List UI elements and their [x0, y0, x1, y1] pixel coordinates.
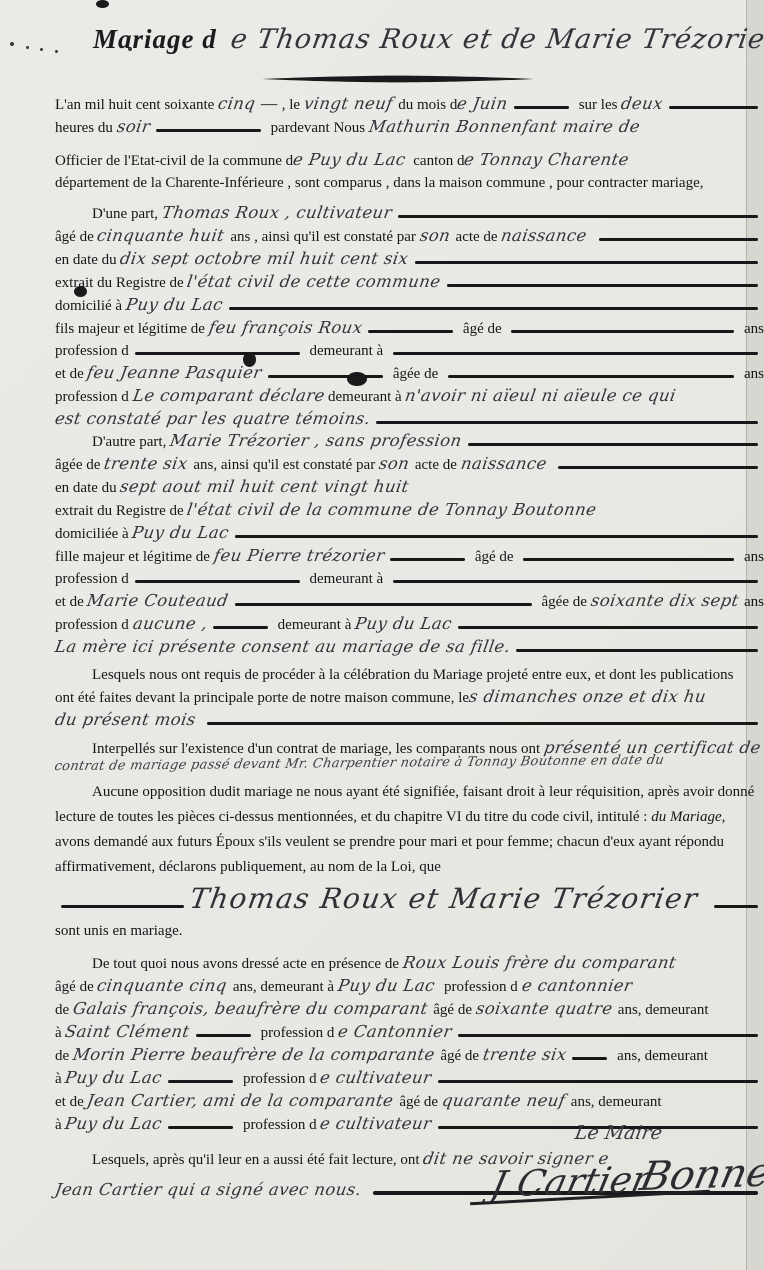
doc-line-17: en date du sept aout mil huit cent vingt… — [0, 477, 764, 498]
handwritten-text: La mère ici présente consent au mariage … — [53, 637, 511, 657]
doc-line-13: profession d Le comparant déclare demeur… — [0, 386, 764, 407]
printed-text: D'une part, — [92, 204, 162, 224]
handwritten-text: son — [377, 454, 416, 474]
filler-rule — [523, 558, 734, 561]
doc-line-22: et de Marie Couteaud âgée de soixante di… — [0, 591, 764, 612]
doc-line-30: Aucune opposition dudit mariage ne nous … — [0, 782, 764, 802]
doc-line-33: affirmativement, déclarons publiquement,… — [0, 857, 764, 877]
printed-text: Officier de l'Etat-civil de la commune d — [55, 151, 293, 171]
handwritten-text: cinq ― — [217, 94, 280, 114]
title-printed-label: Mariage d — [93, 24, 217, 55]
printed-text: profession d — [55, 615, 133, 635]
printed-text: demeurant à — [324, 387, 405, 407]
doc-line-26: ont été faites devant la principale port… — [0, 687, 764, 708]
printed-text: âgée de — [389, 364, 442, 384]
printed-text: et de — [55, 592, 87, 612]
printed-text: âgé de — [399, 1092, 441, 1112]
printed-text: du mois d — [398, 95, 457, 115]
handwritten-text: Puy du Lac — [64, 1068, 164, 1088]
filler-rule — [572, 1057, 607, 1060]
ink-speck — [26, 46, 29, 49]
filler-rule — [196, 1034, 251, 1037]
filler-rule — [268, 375, 383, 378]
filler-rule — [458, 626, 758, 629]
printed-text: âgé de — [55, 977, 97, 997]
filler-rule — [376, 421, 758, 424]
printed-text: D'autre part, — [92, 432, 170, 452]
handwritten-text: Morin Pierre beaufrère de la comparante — [71, 1045, 442, 1065]
handwritten-text: cinquante huit — [96, 226, 232, 246]
doc-line-39: à Saint Clément profession d e Cantonnie… — [0, 1022, 764, 1043]
printed-text: Aucune opposition dudit mariage ne nous … — [92, 782, 754, 802]
handwritten-text: Thomas Roux , cultivateur — [160, 203, 393, 223]
doc-line-35: sont unis en mariage. — [0, 921, 764, 941]
handwritten-text: e Puy du Lac — [292, 150, 408, 170]
handwritten-text: Galais françois, beaufrère du comparant — [71, 999, 434, 1019]
printed-text: demeurant à — [306, 569, 387, 589]
tapered-divider-rule — [262, 74, 534, 84]
printed-text: âgé de — [440, 1046, 482, 1066]
filler-rule — [447, 284, 758, 287]
handwritten-text: s dimanches onze et dix hu — [467, 687, 707, 707]
printed-text: profession d — [257, 1023, 338, 1043]
filler-rule — [511, 330, 734, 333]
handwritten-text: Le comparant déclare — [131, 386, 326, 406]
printed-text: département de la Charente-Inférieure , … — [55, 173, 704, 193]
printed-text: domicilié à — [55, 296, 126, 316]
filler-rule — [368, 330, 453, 333]
doc-line-41: à Puy du Lac profession d e cultivateur — [0, 1068, 764, 1089]
doc-line-1: L'an mil huit cent soixante cinq ― , le … — [0, 94, 764, 115]
printed-text: acte de — [415, 455, 461, 475]
handwritten-small-text: contrat de mariage passé devant Mr. Char… — [53, 754, 666, 774]
doc-line-34: Thomas Roux et Marie Trézorier — [0, 883, 764, 915]
doc-line-7: en date du dix sept octobre mil huit cen… — [0, 249, 764, 270]
handwritten-text: Puy du Lac — [64, 1114, 164, 1134]
printed-text: profession d — [239, 1115, 320, 1135]
filler-rule — [61, 905, 184, 908]
handwritten-text: trente six — [481, 1045, 568, 1065]
le-maire-label: Le Maire — [573, 1122, 664, 1144]
ink-speck — [55, 50, 58, 53]
printed-text: Lesquels, après qu'il leur en a aussi ét… — [92, 1150, 423, 1170]
handwritten-text: l'état civil de la commune de Tonnay Bou… — [186, 500, 599, 520]
handwritten-text: l'état civil de cette commune — [186, 272, 443, 292]
handwritten-text: e cantonnier — [520, 976, 633, 996]
printed-text: ans, ainsi qu'il est constaté par — [193, 455, 379, 475]
doc-line-6: âgé de cinquante huit ans , ainsi qu'il … — [0, 226, 764, 247]
printed-text: âgé de — [459, 319, 505, 339]
printed-text: de — [55, 1046, 73, 1066]
filler-rule — [558, 466, 758, 469]
doc-line-14: est constaté par les quatre témoins. — [0, 409, 764, 429]
document-lines: L'an mil huit cent soixante cinq ― , le … — [0, 92, 764, 1200]
filler-rule — [448, 375, 734, 378]
handwritten-text: naissance — [459, 454, 554, 474]
printed-text: , le — [278, 95, 304, 115]
doc-line-23: profession d aucune , demeurant à Puy du… — [0, 614, 764, 635]
printed-text: et de — [55, 364, 87, 384]
doc-line-5: D'une part, Thomas Roux , cultivateur — [0, 203, 764, 224]
doc-line-25: Lesquels nous ont requis de procéder à l… — [0, 665, 764, 685]
printed-text: demeurant à — [274, 615, 355, 635]
doc-line-42: et de Jean Cartier, ami de la comparante… — [0, 1091, 764, 1112]
printed-text: ans , ainsi qu'il est constaté par — [230, 227, 419, 247]
handwritten-text: deux — [620, 94, 665, 114]
document-header: Mariage d e Thomas Roux et de Marie Tréz… — [93, 24, 764, 55]
doc-line-32: avons demandé aux futurs Époux s'ils veu… — [0, 832, 764, 852]
handwritten-text: Puy du Lac — [124, 295, 224, 315]
handwritten-text: est constaté par les quatre témoins. — [53, 409, 371, 429]
filler-rule — [393, 580, 758, 583]
handwritten-text: Saint Clément — [64, 1022, 192, 1042]
filler-rule — [156, 129, 261, 132]
printed-text: affirmativement, déclarons publiquement,… — [55, 857, 441, 877]
handwritten-text: vingt neuf — [302, 94, 400, 114]
printed-text: profession d — [440, 977, 521, 997]
printed-text: L'an mil huit cent soixante — [55, 95, 218, 115]
printed-text: fils majeur et légitime de — [55, 319, 209, 339]
handwritten-text: son — [418, 226, 457, 246]
handwritten-text: cinquante cinq — [96, 976, 235, 996]
doc-line-37: âgé de cinquante cinq ans, demeurant à P… — [0, 976, 764, 997]
doc-line-16: âgée de trente six ans, ainsi qu'il est … — [0, 454, 764, 475]
title-handwritten-names: e Thomas Roux et de Marie Trézorier — [228, 24, 764, 55]
filler-rule — [669, 106, 758, 109]
printed-text: Lesquels nous ont requis de procéder à l… — [92, 665, 733, 685]
handwritten-text: Jean Cartier, ami de la comparante — [86, 1091, 401, 1111]
handwritten-text: quarante neuf — [440, 1091, 572, 1111]
printed-text: canton d — [406, 151, 465, 171]
printed-text: en date du — [55, 478, 120, 498]
printed-text: âgé de — [433, 1000, 475, 1020]
handwritten-text: Marie Trézorier , sans profession — [169, 431, 464, 451]
doc-line-12: et de feu Jeanne Pasquier âgée de ans — [0, 363, 764, 384]
doc-line-20: fille majeur et légitime de feu Pierre t… — [0, 546, 764, 567]
printed-text: pardevant Nous — [267, 118, 369, 138]
filler-rule — [398, 215, 758, 218]
handwritten-text: feu Pierre trézorier — [212, 546, 386, 566]
filler-rule — [415, 261, 758, 264]
handwritten-text: trente six — [103, 454, 195, 474]
printed-text: De tout quoi nous avons dressé acte en p… — [92, 954, 403, 974]
filler-rule — [168, 1080, 233, 1083]
printed-text: de — [55, 1000, 73, 1020]
handwritten-text: Puy du Lac — [354, 614, 454, 634]
handwritten-text: soixante dix sept — [589, 591, 746, 611]
printed-text: domiciliée à — [55, 524, 132, 544]
filler-rule — [516, 649, 758, 652]
handwritten-text: e Tonnay Charente — [463, 150, 631, 170]
handwritten-text: Puy du Lac — [336, 976, 442, 996]
handwritten-text: soir — [115, 117, 151, 137]
doc-line-24: La mère ici présente consent au mariage … — [0, 637, 764, 657]
filler-rule — [458, 1034, 758, 1037]
printed-text: et de — [55, 1092, 87, 1112]
handwritten-text: soixante quatre — [474, 999, 619, 1019]
filler-rule — [235, 603, 532, 606]
scanned-marriage-record: Mariage d e Thomas Roux et de Marie Tréz… — [0, 0, 764, 1270]
handwritten-text: sept aout mil huit cent vingt huit — [119, 477, 411, 497]
doc-line-10: fils majeur et légitime de feu françois … — [0, 318, 764, 339]
doc-line-27: du présent mois — [0, 710, 764, 730]
printed-italic-text: du Mariage, — [651, 807, 725, 827]
handwritten-text: feu françois Roux — [207, 318, 364, 338]
filler-rule — [390, 558, 465, 561]
printed-text: lecture de toutes les pièces ci-dessus m… — [55, 807, 651, 827]
printed-text: âgé de — [471, 547, 517, 567]
printed-text: demeurant à — [306, 341, 387, 361]
printed-text: ans — [740, 547, 764, 567]
handwritten-large-text: Thomas Roux et Marie Trézorier — [187, 883, 711, 915]
filler-rule — [235, 535, 758, 538]
printed-text: âgé de — [55, 227, 97, 247]
printed-text: ans, demeurant — [618, 1000, 709, 1020]
doc-line-38: de Galais françois, beaufrère du compara… — [0, 999, 764, 1020]
ink-speck — [40, 48, 43, 51]
filler-rule — [207, 722, 758, 725]
printed-text: ont été faites devant la principale port… — [55, 688, 469, 708]
printed-text: profession d — [55, 341, 129, 361]
doc-line-3: Officier de l'Etat-civil de la commune d… — [0, 150, 764, 171]
printed-text: sur les — [575, 95, 621, 115]
doc-line-4: département de la Charente-Inférieure , … — [0, 173, 764, 193]
doc-line-40: de Morin Pierre beaufrère de la comparan… — [0, 1045, 764, 1066]
handwritten-text: e cultivateur — [319, 1068, 434, 1088]
handwritten-text: n'avoir ni aïeul ni aïeule ce qui — [404, 386, 678, 406]
doc-line-19: domiciliée à Puy du Lac — [0, 523, 764, 544]
handwritten-text: dix sept octobre mil huit cent six — [119, 249, 410, 269]
ink-blot — [96, 0, 109, 8]
printed-text: ans — [744, 592, 764, 612]
handwritten-text: Jean Cartier qui a signé avec nous. — [53, 1180, 368, 1200]
printed-text: ans, demeurant — [613, 1046, 708, 1066]
doc-line-18: extrait du Registre de l'état civil de l… — [0, 500, 764, 521]
printed-text: sont unis en mariage. — [55, 921, 182, 941]
filler-rule — [135, 352, 300, 355]
doc-line-2: heures du soir pardevant Nous Mathurin B… — [0, 117, 764, 138]
filler-rule — [229, 307, 758, 310]
doc-line-15: D'autre part, Marie Trézorier , sans pro… — [0, 431, 764, 452]
handwritten-text: Puy du Lac — [131, 523, 231, 543]
handwritten-text: du présent mois — [53, 710, 203, 730]
printed-text: ans — [740, 364, 764, 384]
filler-rule — [514, 106, 569, 109]
printed-text: en date du — [55, 250, 120, 270]
printed-text: extrait du Registre de — [55, 273, 187, 293]
doc-line-9: domicilié à Puy du Lac — [0, 295, 764, 316]
printed-text: âgée de — [538, 592, 591, 612]
printed-text: profession d — [239, 1069, 320, 1089]
doc-line-11: profession d demeurant à — [0, 341, 764, 361]
filler-rule — [393, 352, 758, 355]
handwritten-text: Marie Couteaud — [86, 591, 230, 611]
printed-text: ans, demeurant à — [233, 977, 338, 997]
handwritten-text: feu Jeanne Pasquier — [86, 363, 264, 383]
filler-rule — [468, 443, 758, 446]
handwritten-text: e Juin — [456, 94, 510, 114]
handwritten-text: aucune , — [131, 614, 209, 634]
filler-rule — [213, 626, 268, 629]
printed-text: fille majeur et légitime de — [55, 547, 214, 567]
doc-line-31: lecture de toutes les pièces ci-dessus m… — [0, 807, 764, 827]
printed-text: avons demandé aux futurs Époux s'ils veu… — [55, 832, 724, 852]
printed-text: profession d — [55, 569, 129, 589]
printed-text: extrait du Registre de — [55, 501, 187, 521]
printed-text: ans — [740, 319, 764, 339]
printed-text: profession d — [55, 387, 133, 407]
doc-line-29: contrat de mariage passé devant Mr. Char… — [0, 754, 764, 774]
handwritten-text: e Cantonnier — [337, 1022, 454, 1042]
printed-text: ans, demeurant — [571, 1092, 662, 1112]
doc-line-36: De tout quoi nous avons dressé acte en p… — [0, 953, 764, 974]
filler-rule — [599, 238, 758, 241]
doc-line-21: profession d demeurant à — [0, 569, 764, 589]
printed-text: acte de — [456, 227, 502, 247]
ink-speck — [10, 42, 14, 46]
doc-line-8: extrait du Registre de l'état civil de c… — [0, 272, 764, 293]
printed-text: âgée de — [55, 455, 104, 475]
handwritten-text: naissance — [500, 226, 595, 246]
filler-rule — [168, 1126, 233, 1129]
handwritten-text: Roux Louis frère du comparant — [401, 953, 677, 973]
printed-text: heures du — [55, 118, 117, 138]
handwritten-text: e cultivateur — [319, 1114, 434, 1134]
filler-rule — [714, 905, 758, 908]
handwritten-text: Mathurin Bonnenfant maire de — [367, 117, 641, 137]
filler-rule — [135, 580, 300, 583]
filler-rule — [438, 1080, 758, 1083]
